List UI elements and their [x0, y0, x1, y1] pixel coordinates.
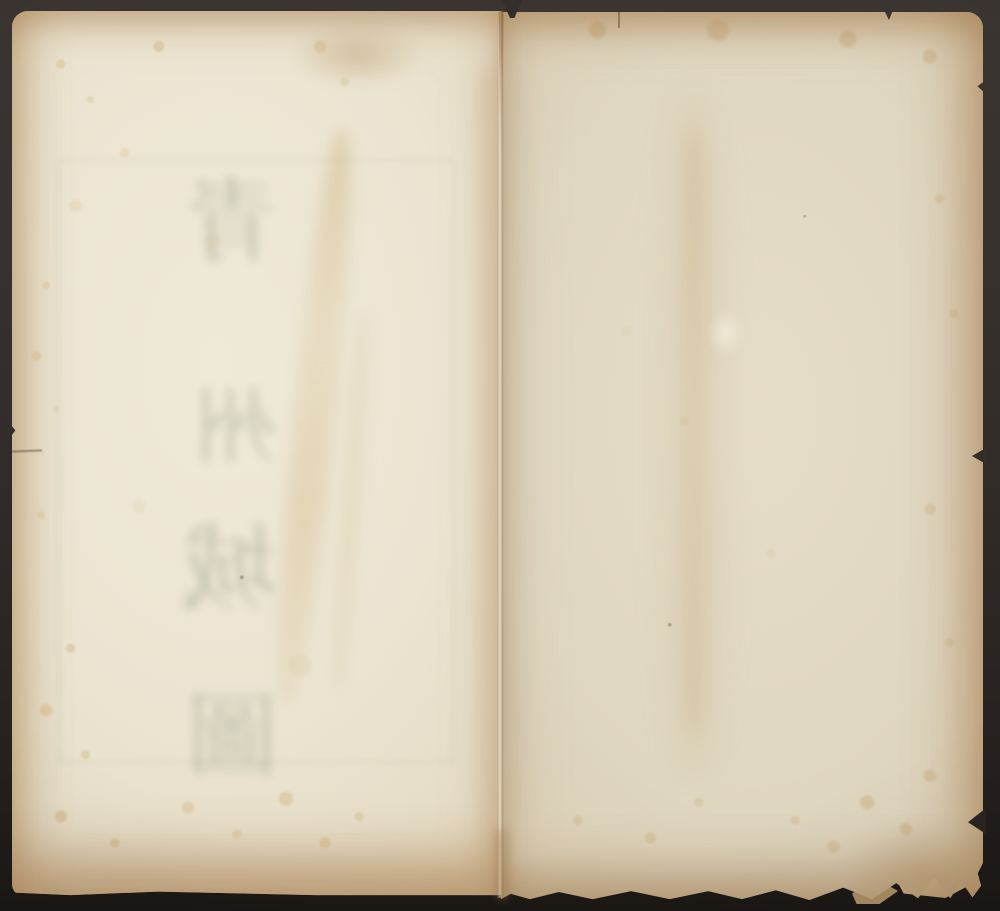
bleedthrough-glyph-3: 城 — [192, 521, 278, 617]
left-page: 青 州 城 圖 — [12, 11, 501, 896]
bleedthrough-title-column: 青 州 城 圖 — [192, 169, 278, 819]
top-edge-crack — [618, 12, 620, 28]
stain-top-center — [262, 19, 452, 109]
book-scan: 青 州 城 圖 — [0, 0, 1000, 911]
right-page — [501, 12, 983, 900]
bleedthrough-glyph-4: 圖 — [192, 691, 278, 783]
stain-diagonal-streak — [266, 128, 362, 709]
left-edge-crack — [12, 449, 42, 452]
bleedthrough-glyph-2: 州 — [192, 385, 278, 469]
stain-vertical-band — [659, 92, 729, 772]
corner-browning — [797, 776, 977, 896]
bleedthrough-glyph-1: 青 — [192, 177, 278, 269]
bleedthrough-map-frame — [58, 159, 454, 763]
stain-diagonal-streak-secondary — [329, 311, 373, 691]
seam-bottom-mark — [495, 830, 509, 900]
stain-vertical-streak — [681, 132, 707, 732]
light-spot — [701, 300, 751, 366]
